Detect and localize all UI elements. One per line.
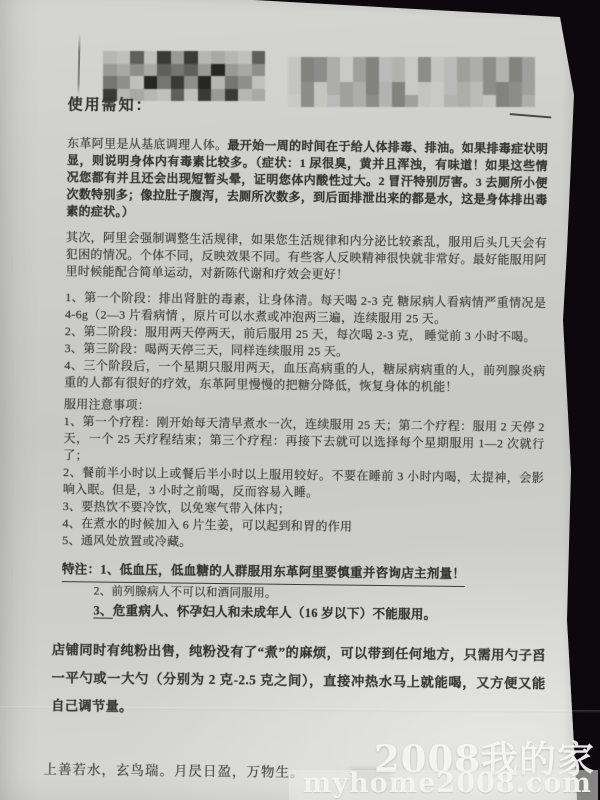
note-item-1: 1、第一个疗程：刚开始每天清早煮水一次，连续服用 25 天；第二个疗程：服用 2… [63, 413, 545, 470]
stage-item-4: 4、三个阶段后，一个星期只服用两天，血压高病重的人，糖尿病病重的人，前列腺炎病重… [64, 357, 545, 397]
watermark: 2008我的家 myhome2008.com [289, 740, 598, 800]
special-note-3-text: 危重病人、怀孕妇人和未成年人（16 岁以下）不能服用。 [113, 604, 437, 622]
special-note-3-number: 3、 [93, 603, 113, 617]
intro-paragraph: 东革阿里是从基底调理人体。最开始一周的时间在于给人体排毒、排油。如果排毒症状明显… [66, 135, 548, 226]
special-notes-block: 特注：1、低血压，低血糖的人群服用东革阿里要慎重并咨询店主剂量！ 2、前列腺病人… [61, 560, 543, 626]
second-paragraph: 其次，阿里会强制调整生活规律，如果您生活规律和内分泌比较紊乱，服用后头几天会有犯… [65, 229, 547, 286]
intro-lead-text: 东革阿里是从基底调理人体。 [67, 136, 228, 152]
watermark-site-band: myhome2008.com [289, 770, 598, 800]
document-title: 使用需知： [67, 97, 548, 120]
shop-paragraph: 店铺同时有纯粉出售，纯粉没有了“煮”的麻烦，可以带到任何地方，只需用勺子舀一平勺… [51, 635, 546, 725]
motto-line: 上善若水，玄鸟瑞。月昃日盈，万物生。 [43, 758, 304, 781]
photo-background: 使用需知： 东革阿里是从基底调理人体。最开始一周的时间在于给人体排毒、排油。如果… [0, 0, 600, 800]
watermark-site-url: myhome2008.com [303, 768, 592, 799]
document-content: 使用需知： 东革阿里是从基底调理人体。最开始一周的时间在于给人体排毒、排油。如果… [0, 0, 600, 800]
document-body: 使用需知： 东革阿里是从基底调理人体。最开始一周的时间在于给人体排毒、排油。如果… [60, 97, 549, 725]
